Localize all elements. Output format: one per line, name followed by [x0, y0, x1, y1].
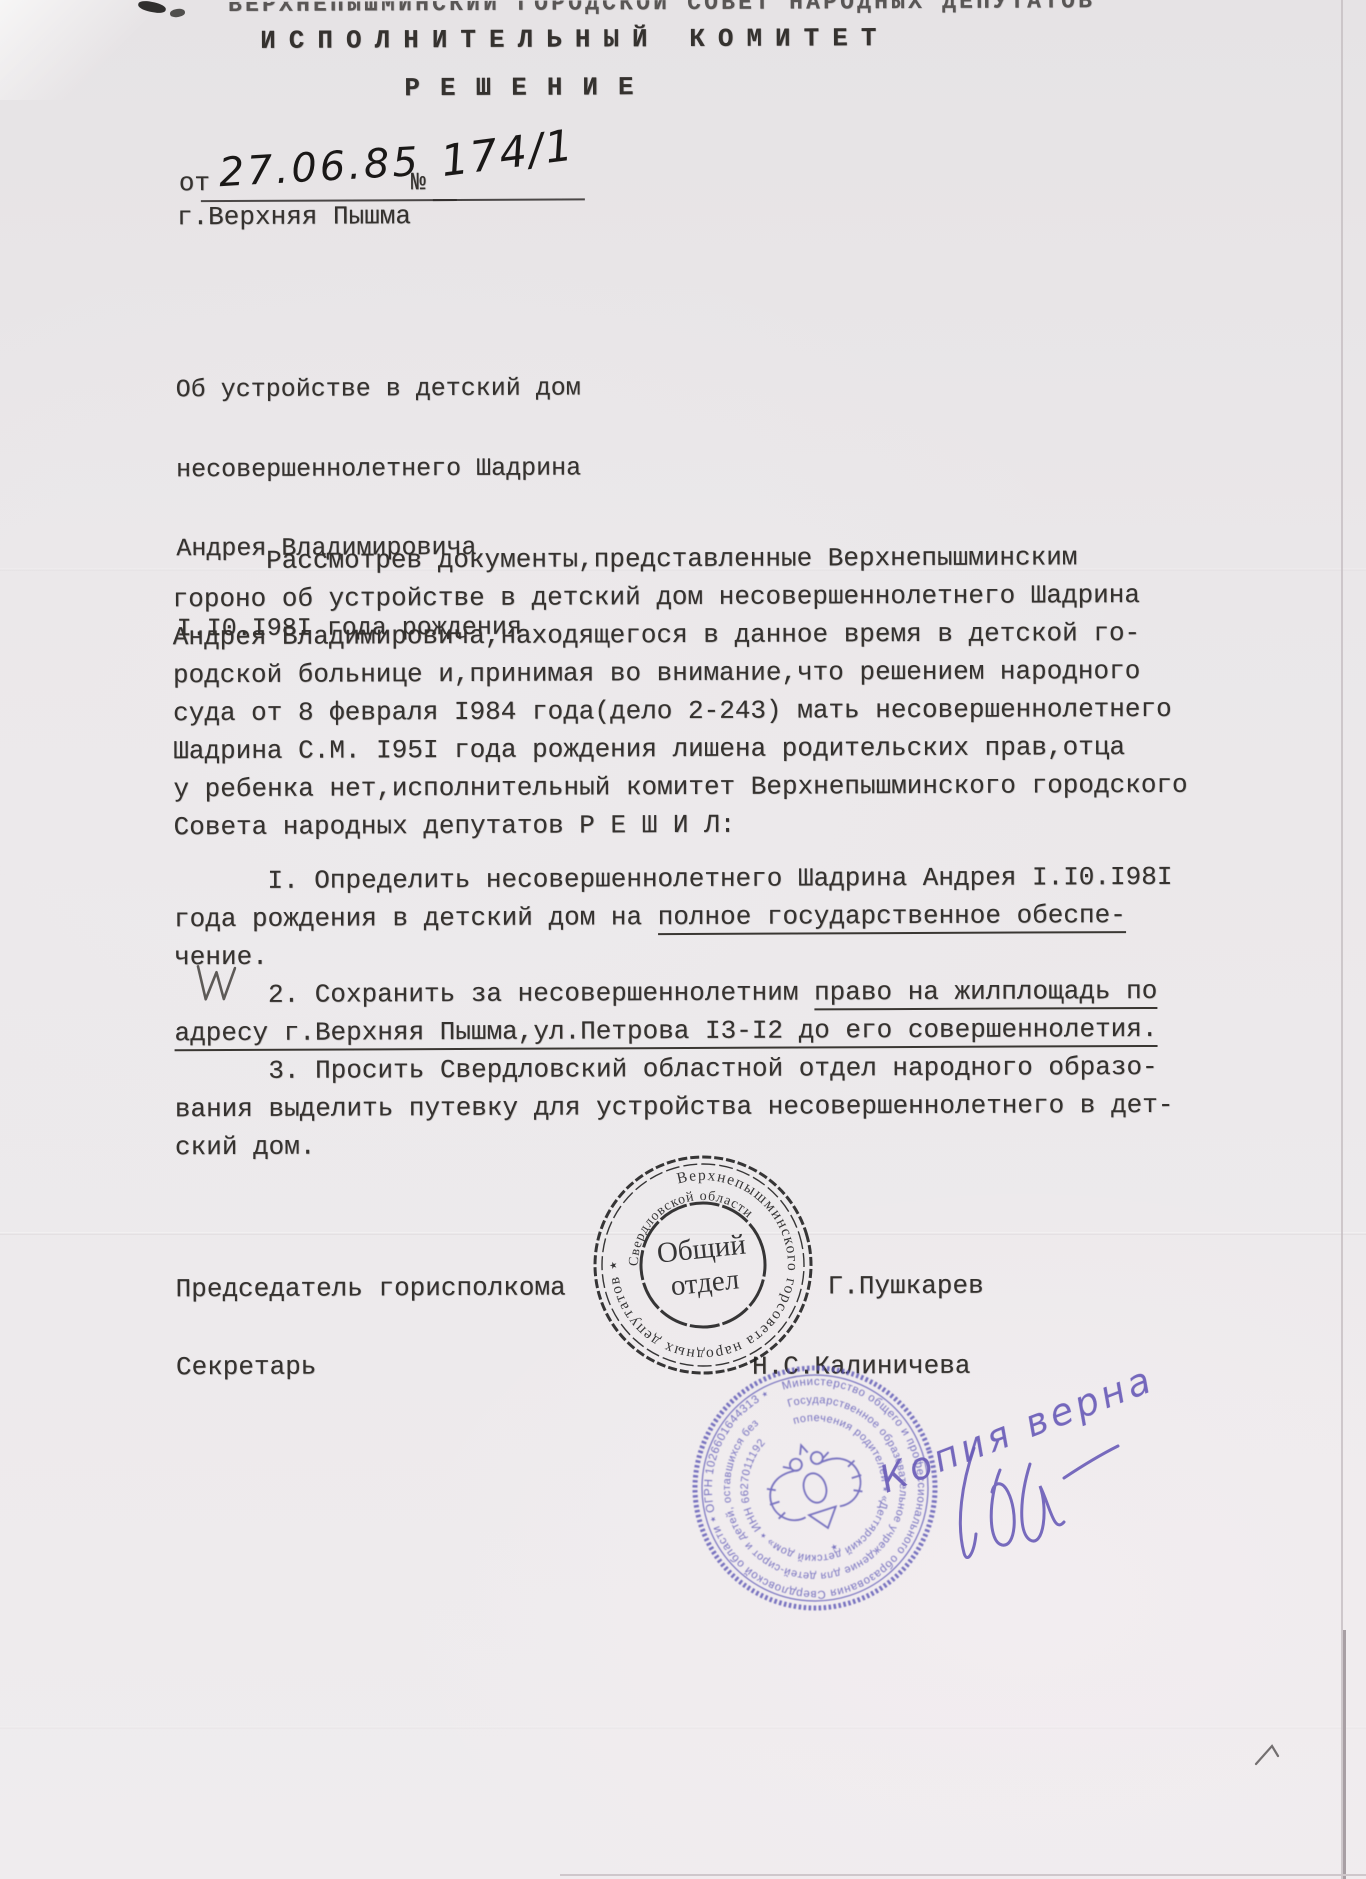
body-line: Совета народных депутатов Р Е Ш И Л:	[174, 804, 1184, 846]
subject-line: несовершеннолетнего Шадрина	[176, 455, 581, 483]
header-executive-committee: ИСПОЛНИТЕЛЬНЫЙ КОМИТЕТ	[260, 23, 889, 56]
body-line: у ребенка нет,исполнительный комитет Вер…	[173, 766, 1183, 808]
body-line: гороно об устройстве в детский дом несов…	[173, 576, 1183, 618]
number-sign-label: №	[411, 168, 426, 197]
body-line: Шадрина С.М. I95I года рождения лишена р…	[173, 728, 1183, 770]
body-line: 3. Просить Свердловский областной отдел …	[175, 1048, 1185, 1090]
body-line: 2. Сохранить за несовершеннолетним право…	[174, 972, 1184, 1014]
letterhead-cut-line: ВЕРХНЕПЫШМИНСКИЙ ГОРОДСКОЙ СОВЕТ НАРОДНЫ…	[228, 0, 1148, 18]
body-line: Андрея Владимировича,находящегося в данн…	[173, 614, 1183, 656]
chairman-label: Председатель горисполкома	[176, 1273, 566, 1305]
body-text: Рассмотрев документы,представленные Верх…	[172, 538, 1185, 1166]
date-prefix-label: от	[179, 168, 210, 198]
body-line: I. Определить несовершеннолетнего Шадрин…	[174, 858, 1184, 900]
number-underline	[433, 198, 585, 201]
scanned-document-page: { "doc": { "top_cut_line": "ВЕРХНЕПЫШМИН…	[0, 0, 1366, 1879]
typed-content-layer: ВЕРХНЕПЫШМИНСКИЙ ГОРОДСКОЙ СОВЕТ НАРОДНЫ…	[0, 0, 1366, 1879]
handwritten-date: 27.06.85	[218, 139, 422, 196]
secretary-label: Секретарь	[176, 1352, 317, 1383]
black-stamp-center-line2: отдел	[669, 1263, 740, 1302]
subject-line: Об устройстве в детский дом	[176, 375, 581, 403]
pen-tick-bottom-right	[1254, 1740, 1290, 1770]
letterhead-cut-line-wrap: ВЕРХНЕПЫШМИНСКИЙ ГОРОДСКОЙ СОВЕТ НАРОДНЫ…	[228, 0, 1148, 19]
body-line: года рождения в детский дом на полное го…	[174, 896, 1184, 938]
body-line: вания выделить путевку для устройства не…	[175, 1086, 1185, 1128]
body-line: адресу г.Верхняя Пышма,ул.Петрова I3-I2 …	[174, 1010, 1184, 1052]
blue-stamp-ring-inner: попечения родителей ٭ «Дегтярский детски…	[719, 1392, 911, 1584]
svg-text:попечения родителей ٭ «Дегтярс: попечения родителей ٭ «Дегтярский детски…	[719, 1392, 911, 1584]
body-line: суда от 8 февраля I984 года(дело 2-243) …	[173, 690, 1183, 732]
handwritten-signature	[952, 1408, 1152, 1598]
header-decision-title: РЕШЕНИЕ	[404, 72, 653, 103]
round-stamp-general-department: Верхнепышминского горсовета народных деп…	[578, 1140, 828, 1390]
body-line: родской больнице и,принимая во внимание,…	[173, 652, 1183, 694]
double-headed-eagle-icon	[755, 1430, 873, 1542]
city-line: г.Верхняя Пышма	[177, 201, 411, 232]
body-line: Рассмотрев документы,представленные Верх…	[172, 538, 1182, 580]
handwritten-check-icon	[192, 960, 236, 1008]
chairman-name: Г.Пушкарев	[828, 1271, 984, 1302]
body-line: чение.	[174, 934, 1184, 976]
handwritten-number: 174/1	[438, 121, 577, 188]
